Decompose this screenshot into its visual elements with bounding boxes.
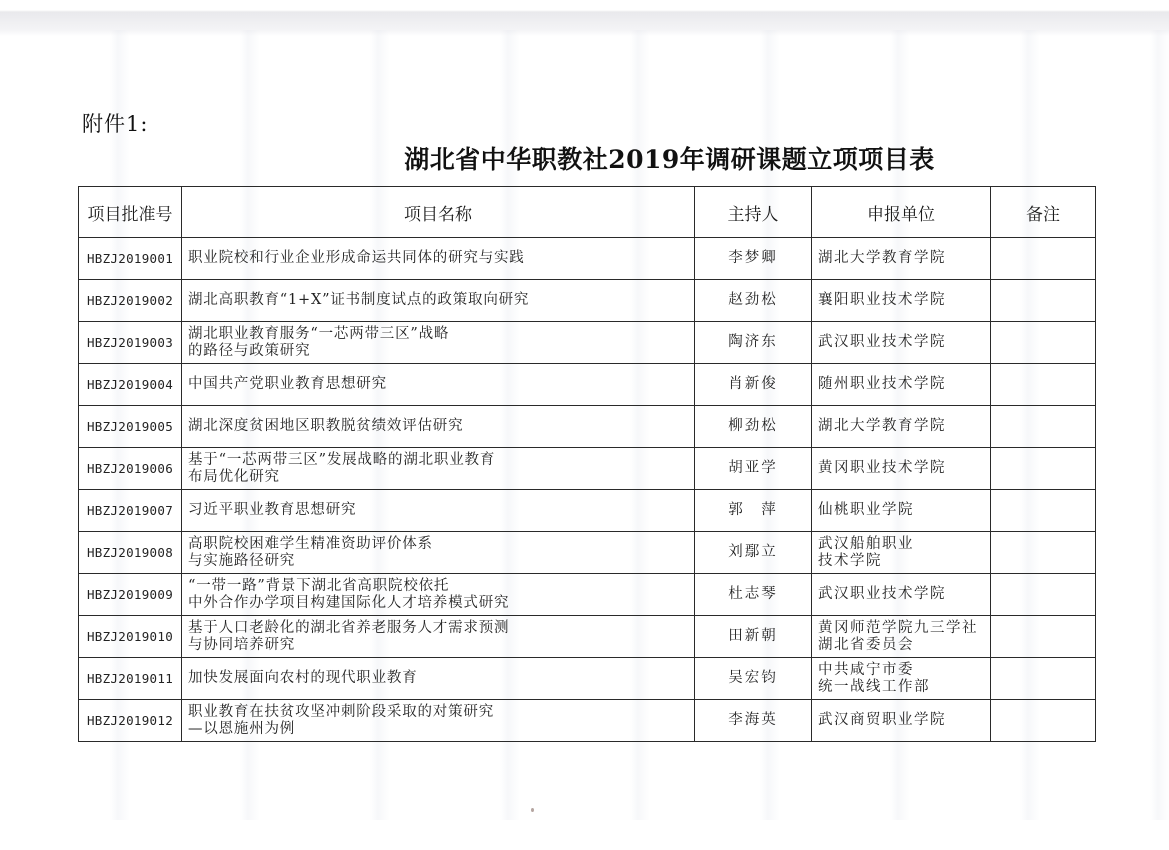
project-name-cell: 基于人口老龄化的湖北省养老服务人才需求预测与协同培养研究 (182, 616, 695, 658)
host-cell: 柳劲松 (695, 406, 812, 448)
project-name-line: “一带一路”背景下湖北省高职院校依托 (188, 578, 688, 595)
project-code-cell: HBZJ2019005 (79, 406, 182, 448)
project-name-cell: 基于“一芯两带三区”发展战略的湖北职业教育布局优化研究 (182, 448, 695, 490)
project-name-cell: 高职院校困难学生精准资助评价体系与实施路径研究 (182, 532, 695, 574)
host-cell: 陶济东 (695, 322, 812, 364)
table-row: HBZJ2019011加快发展面向农村的现代职业教育吴宏钧中共咸宁市委统一战线工… (79, 658, 1096, 700)
applicant-unit-line: 统一战线工作部 (818, 679, 984, 696)
header-code: 项目批准号 (79, 187, 182, 238)
note-cell (991, 238, 1096, 280)
host-cell: 肖新俊 (695, 364, 812, 406)
note-cell (991, 448, 1096, 490)
applicant-unit-cell: 襄阳职业技术学院 (812, 280, 991, 322)
applicant-unit-cell: 武汉职业技术学院 (812, 322, 991, 364)
project-name-line: 基于人口老龄化的湖北省养老服务人才需求预测 (188, 620, 688, 637)
applicant-unit-line: 技术学院 (818, 553, 984, 570)
project-name-line: 中外合作办学项目构建国际化人才培养模式研究 (188, 595, 688, 612)
applicant-unit-line: 武汉商贸职业学院 (818, 712, 984, 729)
project-name-line: 高职院校困难学生精准资助评价体系 (188, 536, 688, 553)
note-cell (991, 322, 1096, 364)
applicant-unit-cell: 武汉商贸职业学院 (812, 700, 991, 742)
applicant-unit-cell: 仙桃职业学院 (812, 490, 991, 532)
table-row: HBZJ2019010基于人口老龄化的湖北省养老服务人才需求预测与协同培养研究田… (79, 616, 1096, 658)
table-row: HBZJ2019001职业院校和行业企业形成命运共同体的研究与实践李梦卿湖北大学… (79, 238, 1096, 280)
header-name: 项目名称 (182, 187, 695, 238)
project-name-line: 基于“一芯两带三区”发展战略的湖北职业教育 (188, 452, 688, 469)
project-name-cell: 加快发展面向农村的现代职业教育 (182, 658, 695, 700)
header-unit: 申报单位 (812, 187, 991, 238)
project-name-line: 的路径与政策研究 (188, 343, 688, 360)
project-name-line: 习近平职业教育思想研究 (188, 502, 688, 519)
applicant-unit-line: 湖北大学教育学院 (818, 418, 984, 435)
project-name-line: 职业院校和行业企业形成命运共同体的研究与实践 (188, 250, 688, 267)
project-code-cell: HBZJ2019001 (79, 238, 182, 280)
document-title: 湖北省中华职教社2019年调研课题立项项目表 (0, 140, 1169, 176)
host-cell: 田新朝 (695, 616, 812, 658)
note-cell (991, 364, 1096, 406)
host-cell: 刘鄢立 (695, 532, 812, 574)
project-name-line: 与实施路径研究 (188, 553, 688, 570)
table-body: HBZJ2019001职业院校和行业企业形成命运共同体的研究与实践李梦卿湖北大学… (79, 238, 1096, 742)
applicant-unit-line: 武汉船舶职业 (818, 536, 984, 553)
table-row: HBZJ2019009“一带一路”背景下湖北省高职院校依托中外合作办学项目构建国… (79, 574, 1096, 616)
applicant-unit-line: 湖北大学教育学院 (818, 250, 984, 267)
header-host: 主持人 (695, 187, 812, 238)
note-cell (991, 658, 1096, 700)
note-cell (991, 616, 1096, 658)
project-name-line: 中国共产党职业教育思想研究 (188, 376, 688, 393)
table-row: HBZJ2019008高职院校困难学生精准资助评价体系与实施路径研究刘鄢立武汉船… (79, 532, 1096, 574)
applicant-unit-line: 襄阳职业技术学院 (818, 292, 984, 309)
table-row: HBZJ2019005湖北深度贫困地区职教脱贫绩效评估研究柳劲松湖北大学教育学院 (79, 406, 1096, 448)
host-cell: 吴宏钧 (695, 658, 812, 700)
project-name-line: 湖北职业教育服务“一芯两带三区”战略 (188, 326, 688, 343)
project-name-cell: “一带一路”背景下湖北省高职院校依托中外合作办学项目构建国际化人才培养模式研究 (182, 574, 695, 616)
project-name-cell: 中国共产党职业教育思想研究 (182, 364, 695, 406)
applicant-unit-line: 武汉职业技术学院 (818, 586, 984, 603)
applicant-unit-cell: 黄冈师范学院九三学社湖北省委员会 (812, 616, 991, 658)
project-code-cell: HBZJ2019006 (79, 448, 182, 490)
table-header-row: 项目批准号 项目名称 主持人 申报单位 备注 (79, 187, 1096, 238)
applicant-unit-cell: 黄冈职业技术学院 (812, 448, 991, 490)
attachment-label: 附件1: (82, 108, 148, 138)
project-code-cell: HBZJ2019008 (79, 532, 182, 574)
host-cell: 郭 萍 (695, 490, 812, 532)
table-row: HBZJ2019002湖北高职教育“1+X”证书制度试点的政策取向研究赵劲松襄阳… (79, 280, 1096, 322)
applicant-unit-cell: 湖北大学教育学院 (812, 238, 991, 280)
applicant-unit-line: 黄冈职业技术学院 (818, 460, 984, 477)
host-cell: 赵劲松 (695, 280, 812, 322)
applicant-unit-cell: 武汉船舶职业技术学院 (812, 532, 991, 574)
table-row: HBZJ2019003湖北职业教育服务“一芯两带三区”战略的路径与政策研究陶济东… (79, 322, 1096, 364)
project-code-cell: HBZJ2019003 (79, 322, 182, 364)
applicant-unit-line: 仙桃职业学院 (818, 502, 984, 519)
note-cell (991, 490, 1096, 532)
project-name-cell: 湖北深度贫困地区职教脱贫绩效评估研究 (182, 406, 695, 448)
project-code-cell: HBZJ2019004 (79, 364, 182, 406)
table-row: HBZJ2019006基于“一芯两带三区”发展战略的湖北职业教育布局优化研究胡亚… (79, 448, 1096, 490)
project-code-cell: HBZJ2019011 (79, 658, 182, 700)
project-name-line: 与协同培养研究 (188, 637, 688, 654)
project-code-cell: HBZJ2019009 (79, 574, 182, 616)
project-code-cell: HBZJ2019007 (79, 490, 182, 532)
host-cell: 杜志琴 (695, 574, 812, 616)
project-name-cell: 习近平职业教育思想研究 (182, 490, 695, 532)
applicant-unit-cell: 武汉职业技术学院 (812, 574, 991, 616)
note-cell (991, 574, 1096, 616)
project-code-cell: HBZJ2019012 (79, 700, 182, 742)
host-cell: 胡亚学 (695, 448, 812, 490)
project-name-line: 湖北深度贫困地区职教脱贫绩效评估研究 (188, 418, 688, 435)
applicant-unit-line: 黄冈师范学院九三学社 (818, 620, 984, 637)
applicant-unit-line: 湖北省委员会 (818, 637, 984, 654)
host-cell: 李海英 (695, 700, 812, 742)
project-name-line: 布局优化研究 (188, 469, 688, 486)
table-row: HBZJ2019012职业教育在扶贫攻坚冲刺阶段采取的对策研究—以恩施州为例李海… (79, 700, 1096, 742)
project-name-cell: 职业院校和行业企业形成命运共同体的研究与实践 (182, 238, 695, 280)
project-name-line: 加快发展面向农村的现代职业教育 (188, 670, 688, 687)
project-code-cell: HBZJ2019002 (79, 280, 182, 322)
note-cell (991, 532, 1096, 574)
projects-table: 项目批准号 项目名称 主持人 申报单位 备注 HBZJ2019001职业院校和行… (78, 186, 1096, 742)
project-name-cell: 湖北职业教育服务“一芯两带三区”战略的路径与政策研究 (182, 322, 695, 364)
applicant-unit-line: 中共咸宁市委 (818, 662, 984, 679)
applicant-unit-line: 武汉职业技术学院 (818, 334, 984, 351)
project-code-cell: HBZJ2019010 (79, 616, 182, 658)
header-note: 备注 (991, 187, 1096, 238)
scan-speck (531, 808, 534, 812)
project-name-line: 职业教育在扶贫攻坚冲刺阶段采取的对策研究 (188, 704, 688, 721)
note-cell (991, 280, 1096, 322)
applicant-unit-cell: 湖北大学教育学院 (812, 406, 991, 448)
note-cell (991, 700, 1096, 742)
applicant-unit-cell: 随州职业技术学院 (812, 364, 991, 406)
project-name-line: —以恩施州为例 (188, 721, 688, 738)
applicant-unit-line: 随州职业技术学院 (818, 376, 984, 393)
host-cell: 李梦卿 (695, 238, 812, 280)
table-row: HBZJ2019004中国共产党职业教育思想研究肖新俊随州职业技术学院 (79, 364, 1096, 406)
project-name-cell: 湖北高职教育“1+X”证书制度试点的政策取向研究 (182, 280, 695, 322)
note-cell (991, 406, 1096, 448)
table-row: HBZJ2019007习近平职业教育思想研究郭 萍仙桃职业学院 (79, 490, 1096, 532)
applicant-unit-cell: 中共咸宁市委统一战线工作部 (812, 658, 991, 700)
project-name-line: 湖北高职教育“1+X”证书制度试点的政策取向研究 (188, 292, 688, 309)
project-name-cell: 职业教育在扶贫攻坚冲刺阶段采取的对策研究—以恩施州为例 (182, 700, 695, 742)
